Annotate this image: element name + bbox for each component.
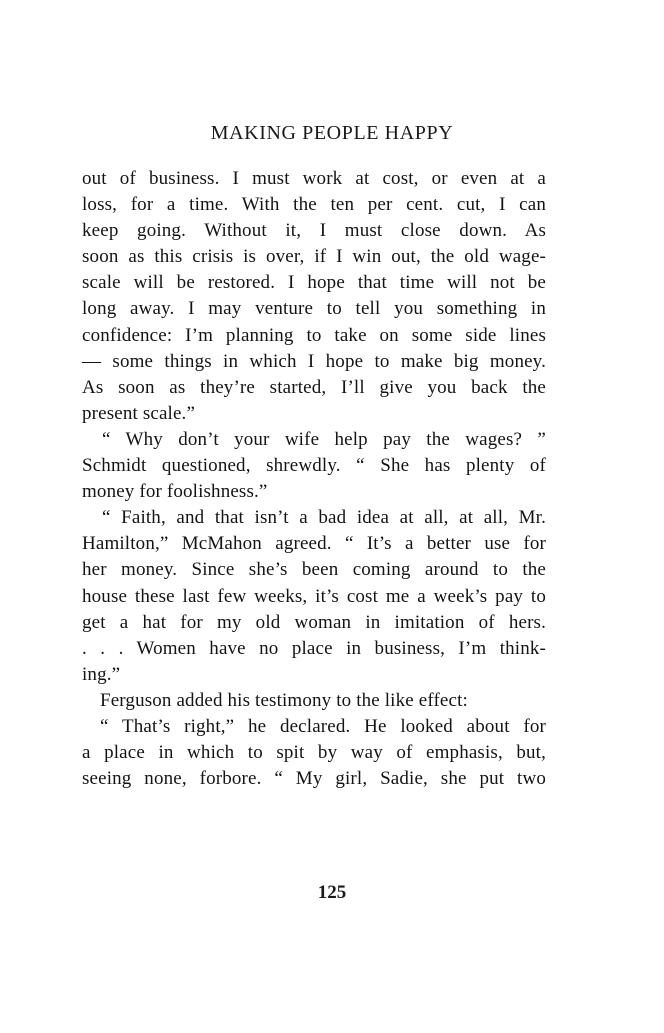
text-line: soon as this crisis is over, if I win ou… — [82, 244, 546, 270]
text-line: long away. I may venture to tell you som… — [82, 296, 546, 322]
text-line: keep going. Without it, I must close dow… — [82, 218, 546, 244]
text-line: — some things in which I hope to make bi… — [82, 349, 546, 375]
text-line: confidence: I’m planning to take on some… — [82, 323, 546, 349]
text-line: a place in which to spit by way of empha… — [82, 740, 546, 766]
text-line: Hamilton,” McMahon agreed. “ It’s a bett… — [82, 531, 546, 557]
text-line: Schmidt questioned, shrewdly. “ She has … — [82, 453, 546, 479]
text-line: As soon as they’re started, I’ll give yo… — [82, 375, 546, 401]
text-line: out of business. I must work at cost, or… — [82, 166, 546, 192]
text-line: “ Faith, and that isn’t a bad idea at al… — [82, 505, 546, 531]
text-line: present scale.” — [82, 401, 546, 427]
text-line: . . . Women have no place in business, I… — [82, 636, 546, 662]
text-line: “ That’s right,” he declared. He looked … — [82, 714, 546, 740]
body-text: out of business. I must work at cost, or… — [82, 166, 546, 792]
text-line: her money. Since she’s been coming aroun… — [82, 557, 546, 583]
text-line: seeing none, forbore. “ My girl, Sadie, … — [82, 766, 546, 792]
text-line: house these last few weeks, it’s cost me… — [82, 584, 546, 610]
page-number: 125 — [0, 882, 664, 904]
text-line: get a hat for my old woman in imitation … — [82, 610, 546, 636]
text-line: ing.” — [82, 662, 546, 688]
text-line: scale will be restored. I hope that time… — [82, 270, 546, 296]
text-line: loss, for a time. With the ten per cent.… — [82, 192, 546, 218]
text-line: money for foolishness.” — [82, 479, 546, 505]
text-line: Ferguson added his testimony to the like… — [82, 688, 546, 714]
text-line: “ Why don’t your wife help pay the wages… — [82, 427, 546, 453]
book-page: MAKING PEOPLE HAPPY out of business. I m… — [0, 0, 664, 1033]
running-head: MAKING PEOPLE HAPPY — [0, 122, 664, 145]
